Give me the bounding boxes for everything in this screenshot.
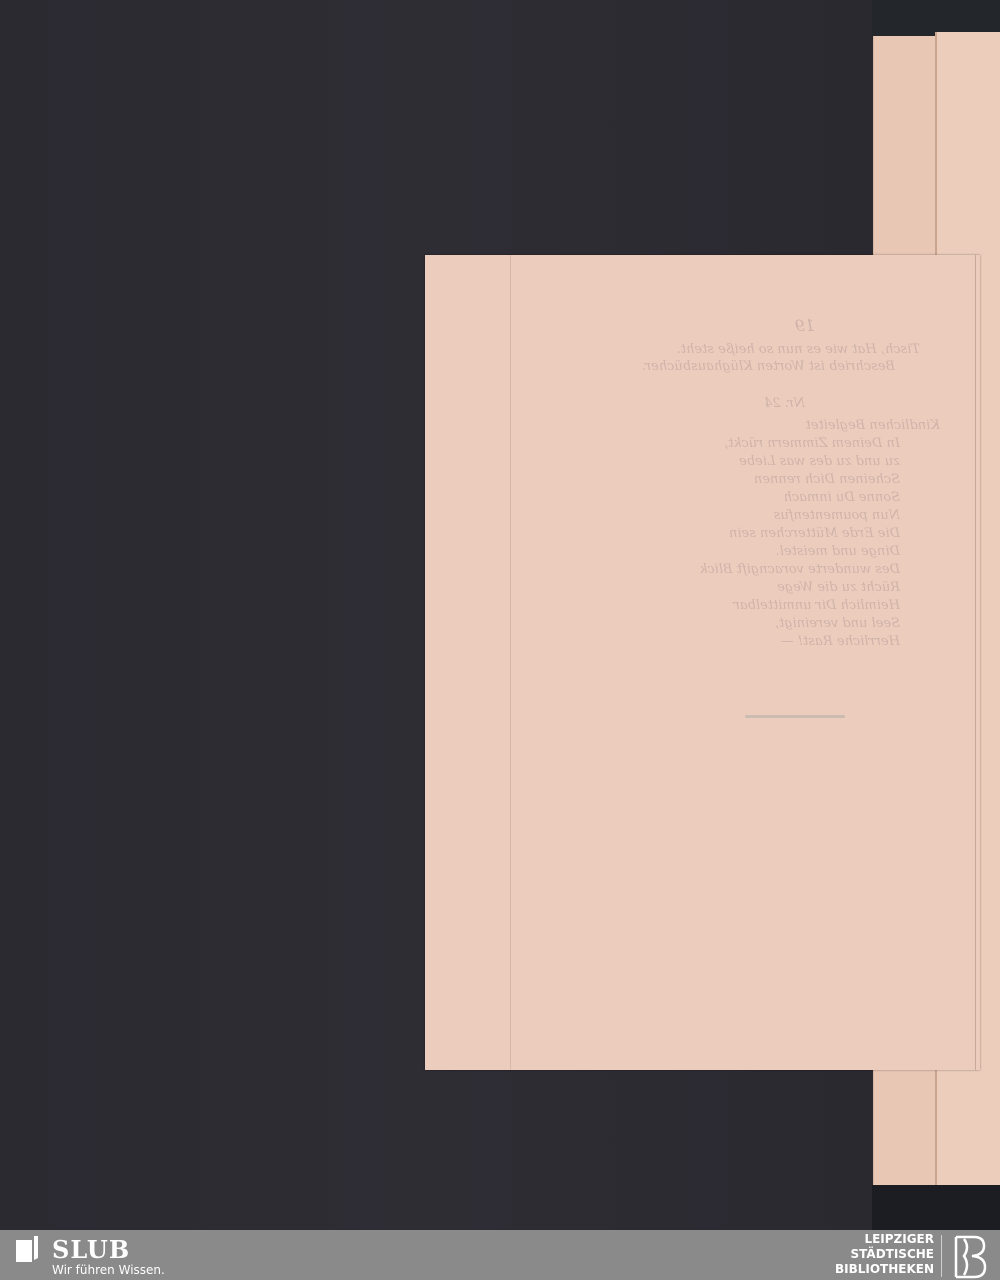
mirrored-bleed-through-text: 19 Tisch, Hat wie es nun so heiße steht.… [425, 255, 980, 1070]
text-line: Nr. 24 [764, 395, 805, 412]
brand-line: LEIPZIGER [835, 1232, 934, 1247]
text-line: Herrliche Rast! — [781, 633, 900, 650]
brand-line: STÄDTISCHE [835, 1247, 934, 1262]
text-line: Tisch, Hat wie es nun so heiße steht. [677, 341, 920, 358]
text-line: zu und zu des was Liebe [739, 453, 900, 470]
page-number: 19 [795, 317, 815, 334]
text-line: Scheinen Dich rennen [754, 471, 900, 488]
ink-smudge [745, 715, 845, 718]
text-line: Die Erde Mütterchen sein [729, 525, 900, 542]
text-line: Heimlich Dir unmittelbar [734, 597, 900, 614]
slub-tagline: Wir führen Wissen. [52, 1263, 165, 1277]
text-line: In Deinem Zimmern rückt, [724, 435, 900, 452]
scan-viewport: 19 Tisch, Hat wie es nun so heiße steht.… [0, 0, 1000, 1230]
text-line: Beschrieb ist Worten Klüghausbücher. [642, 358, 895, 375]
document-sheet: 19 Tisch, Hat wie es nun so heiße steht.… [425, 255, 980, 1070]
leipzig-library-name[interactable]: LEIPZIGER STÄDTISCHE BIBLIOTHEKEN [835, 1232, 934, 1277]
text-line: Seel und vereinigt, [775, 615, 900, 632]
text-line: Nun poumentenfus [774, 507, 900, 524]
leipzig-b-logo-icon [952, 1235, 988, 1279]
text-line: Dinge und meistel. [776, 543, 900, 560]
book-bottom-edge [872, 1185, 1000, 1230]
footer-bar: SLUB Wir führen Wissen. LEIPZIGER STÄDTI… [0, 1230, 1000, 1280]
slub-logo-text[interactable]: SLUB [52, 1235, 130, 1264]
text-line: Rücht zu die Wege [777, 579, 900, 596]
footer-divider [941, 1235, 942, 1277]
slub-book-icon [14, 1236, 40, 1262]
brand-line: BIBLIOTHEKEN [835, 1262, 934, 1277]
text-line: Des wunderte voracngift Blick [699, 561, 900, 578]
text-line: Sonne Du inmach [784, 489, 901, 506]
text-line: Kindlichen Begleitet [806, 417, 940, 434]
